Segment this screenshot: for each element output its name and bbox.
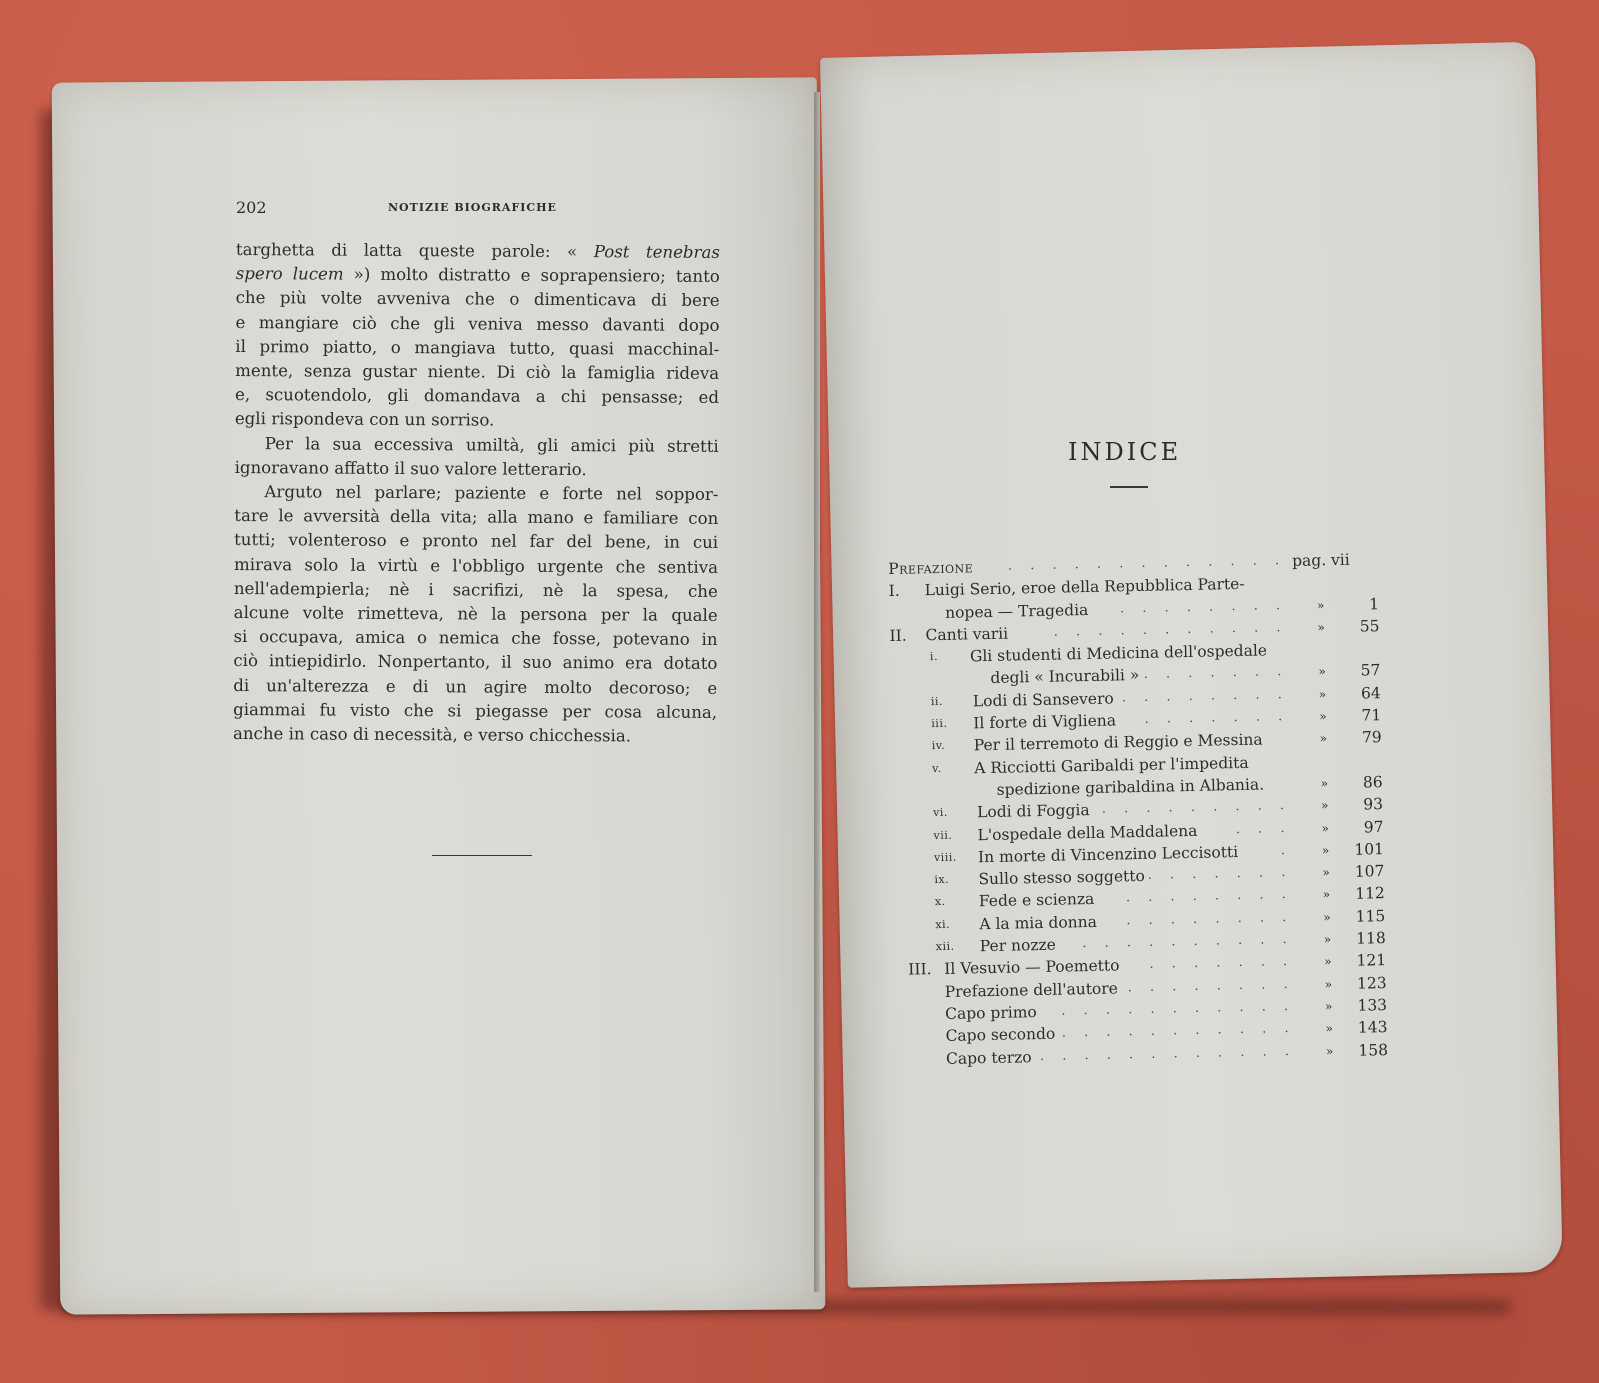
- toc-number: III.: [908, 959, 932, 982]
- text-line: tutti; volenteroso e pronto nel far del …: [234, 528, 718, 555]
- toc-number: vii.: [933, 824, 952, 847]
- index-title: INDICE: [1068, 438, 1181, 466]
- running-head-title: NOTIZIE BIOGRAFICHE: [388, 201, 557, 214]
- toc-label: Capo terzo: [946, 1046, 1032, 1070]
- toc-label: degli « Incurabili »: [990, 664, 1139, 689]
- toc-ditto-mark: »: [1318, 661, 1326, 683]
- toc-ditto-mark: »: [1319, 728, 1327, 750]
- toc-ditto-mark: »: [1319, 705, 1327, 727]
- text-line: nell'adempierla; nè i sacrifizi, nè la s…: [234, 577, 718, 604]
- toc-page: 158: [1336, 1039, 1388, 1062]
- toc-page: 118: [1334, 927, 1386, 950]
- body-text: targhetta di latta queste parole: « Post…: [233, 238, 720, 749]
- toc-page: 93: [1331, 793, 1383, 816]
- text-line: spero lucem ») molto distratto e soprape…: [236, 262, 720, 289]
- toc-page: 55: [1327, 615, 1379, 638]
- text-line: di un'alterezza e di un agire molto deco…: [233, 674, 717, 701]
- toc-ditto-mark: »: [1322, 861, 1330, 883]
- toc-number: ii.: [931, 691, 943, 714]
- text-line: si occupava, amica o nemica che fosse, p…: [233, 625, 717, 652]
- index-rule-divider: [1110, 486, 1148, 488]
- toc-dots: . . . . . . .: [1149, 951, 1294, 976]
- toc-label: Il forte di Vigliena: [973, 710, 1116, 735]
- toc-label: nopea — Tragedia: [945, 599, 1089, 624]
- toc-page: 1: [1327, 593, 1379, 616]
- toc-label: A la mia donna: [979, 911, 1097, 936]
- toc-number: xi.: [935, 914, 950, 937]
- toc-ditto-mark: »: [1324, 951, 1332, 973]
- text-line: che più volte avveniva che o dimenticava…: [236, 286, 720, 313]
- toc-page: 101: [1332, 838, 1384, 861]
- toc-page: 107: [1332, 860, 1384, 883]
- toc-ditto-mark: »: [1323, 884, 1331, 906]
- toc-label: Canti varii: [925, 622, 1008, 646]
- page-number: 202: [236, 198, 267, 217]
- toc-number: v.: [932, 758, 942, 780]
- text-line: mente, senza gustar niente. Di ciò la fa…: [235, 359, 719, 386]
- text-line: ignoravano affatto il suo valore lettera…: [235, 456, 719, 483]
- text-line: il primo piatto, o mangiava tutto, quasi…: [235, 335, 719, 362]
- text-line: alcune volte rimetteva, nè la persona pe…: [234, 601, 718, 628]
- toc-ditto-mark: »: [1325, 1017, 1333, 1039]
- toc-label: Per nozze: [980, 934, 1056, 958]
- toc-ditto-mark: »: [1322, 839, 1330, 861]
- toc-number: ix.: [934, 869, 949, 892]
- toc-ditto-mark: »: [1317, 616, 1325, 638]
- toc-page: 121: [1334, 949, 1386, 972]
- toc-page: 57: [1328, 660, 1380, 683]
- toc-page: 143: [1335, 1016, 1387, 1039]
- toc-number: x.: [935, 891, 946, 914]
- running-head: 202 NOTIZIE BIOGRAFICHE: [236, 198, 716, 220]
- toc-page: pag. vii: [1292, 549, 1350, 572]
- toc-page: 64: [1329, 682, 1381, 705]
- toc-dots: . . . . . . .: [1144, 706, 1289, 731]
- toc-ditto-mark: »: [1321, 794, 1329, 816]
- toc-dots: . . . . . . .: [1143, 661, 1288, 686]
- toc-ditto-mark: »: [1321, 817, 1329, 839]
- text-line: giammai fu visto che si piegasse per cos…: [233, 698, 717, 725]
- text-line: tare le avversità della vita; alla mano …: [234, 504, 718, 531]
- toc-ditto-mark: »: [1326, 1040, 1334, 1062]
- text-line: e mangiare ciò che gli veniva messo dava…: [235, 311, 719, 338]
- toc-dots: .: [1281, 840, 1293, 863]
- toc-number: I.: [888, 580, 900, 603]
- toc-label: Fede e scienza: [979, 888, 1095, 913]
- toc-number: iv.: [932, 735, 946, 758]
- end-rule-divider: [432, 855, 532, 856]
- toc-ditto-mark: »: [1325, 995, 1333, 1017]
- toc-label: Lodi di Foggia: [977, 799, 1090, 824]
- toc-label: Prefazione: [888, 556, 973, 580]
- toc-page: 86: [1330, 771, 1382, 794]
- toc-ditto-mark: »: [1319, 683, 1327, 705]
- text-line: egli rispondeva con un sorriso.: [235, 407, 719, 434]
- text-line: Arguto nel parlare; paziente e forte nel…: [234, 480, 718, 507]
- toc-ditto-mark: »: [1324, 928, 1332, 950]
- toc-ditto-mark: »: [1323, 906, 1331, 928]
- toc-label: Lodi di Sansevero: [973, 687, 1114, 712]
- toc-ditto-mark: »: [1320, 772, 1328, 794]
- toc-number: vi.: [933, 802, 948, 825]
- toc-page: 79: [1329, 727, 1381, 750]
- text-line: targhetta di latta queste parole: « Post…: [236, 238, 720, 265]
- toc-page: 115: [1333, 905, 1385, 928]
- toc-number: viii.: [934, 847, 957, 870]
- toc-dots: . . . . . . .: [1147, 862, 1292, 887]
- text-line: Per la sua eccessiva umiltà, gli amici p…: [235, 432, 719, 459]
- toc-label: Capo secondo: [945, 1023, 1055, 1047]
- toc-page: 133: [1335, 994, 1387, 1017]
- toc-page: 97: [1331, 816, 1383, 839]
- toc-page: 71: [1329, 704, 1381, 727]
- toc-number: xii.: [936, 936, 955, 959]
- toc-page: 112: [1333, 883, 1385, 906]
- text-line: mirava solo la virtù e l'obbligo urgente…: [234, 553, 718, 580]
- book-gutter: [814, 92, 820, 1292]
- text-line: ciò intiepidirlo. Nonpertanto, il suo an…: [233, 649, 717, 676]
- toc-ditto-mark: »: [1324, 973, 1332, 995]
- toc-label: Capo primo: [945, 1001, 1037, 1025]
- toc-number: iii.: [931, 713, 948, 736]
- toc-number: II.: [889, 625, 907, 648]
- toc-ditto-mark: »: [1317, 594, 1325, 616]
- toc-dots: . . .: [1236, 818, 1292, 841]
- text-line: e, scuotendolo, gli domandava a chi pens…: [235, 383, 719, 410]
- toc-number: i.: [930, 646, 938, 668]
- text-line: anche in caso di necessità, e verso chic…: [233, 722, 717, 749]
- table-of-contents: Prefazione . . . . . . . . . . . . . pag…: [888, 548, 1388, 1071]
- toc-page: 123: [1334, 972, 1386, 995]
